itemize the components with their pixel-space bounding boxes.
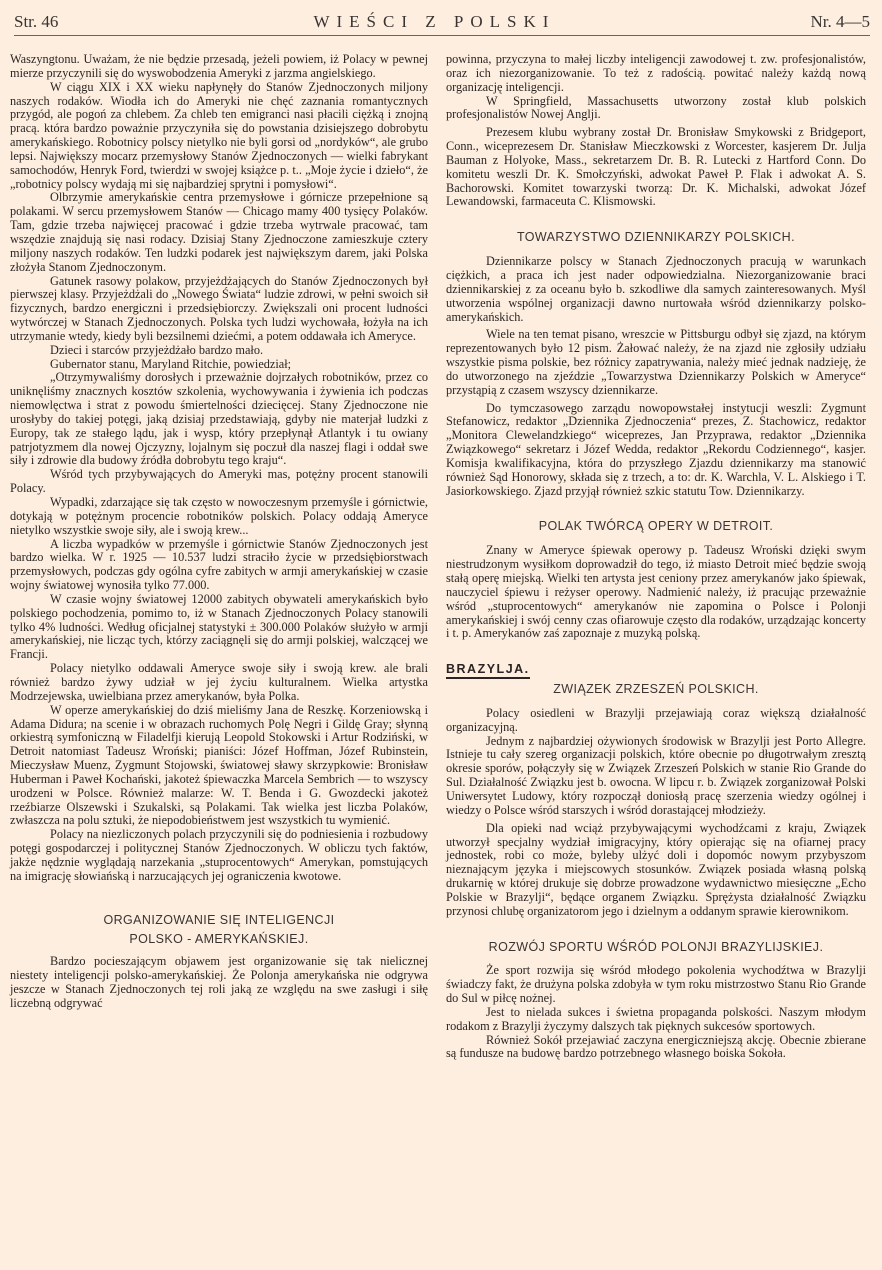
publication-title: WIEŚCI Z POLSKI (313, 12, 555, 32)
paragraph: Jednym z najbardziej ożywionych środowis… (446, 735, 866, 818)
section-heading-organizowanie-line2: POLSKO - AMERYKAŃSKIEJ. (10, 933, 428, 947)
issue-number: Nr. 4—5 (810, 12, 870, 32)
paragraph: Również Sokół przejawiać zaczyna energic… (446, 1034, 866, 1062)
paragraph: Dzieci i starców przyjeżdżało bardzo mał… (10, 344, 428, 358)
paragraph: Wypadki, zdarzające się tak często w now… (10, 496, 428, 538)
paragraph: Do tymczasowego zarządu nowopowstałej in… (446, 402, 866, 499)
paragraph: Że sport rozwija się wśród młodego pokol… (446, 964, 866, 1006)
paragraph: W ciągu XIX i XX wieku napłynęły do Stan… (10, 81, 428, 192)
paragraph: A liczba wypadków w przemyśle i górnictw… (10, 538, 428, 593)
section-heading-polak-tworca: POLAK TWÓRCĄ OPERY W DETROIT. (446, 520, 866, 534)
region-label-brazylja: BRAZYLJA. (446, 663, 530, 679)
paragraph: W czasie wojny światowej 12000 zabitych … (10, 593, 428, 662)
paragraph: Waszyngtonu. Uważam, że nie będzie przes… (10, 53, 428, 81)
paragraph: Znany w Ameryce śpiewak operowy p. Tadeu… (446, 544, 866, 641)
paragraph: Olbrzymie amerykańskie centra przemysłow… (10, 191, 428, 274)
paragraph: Dla opieki nad wciąż przybywającymi wych… (446, 822, 866, 919)
paragraph: Prezesem klubu wybrany został Dr. Bronis… (446, 126, 866, 209)
paragraph: Bardzo pocieszającym objawem jest organi… (10, 955, 428, 1010)
right-column: powinna, przyczyna to małej liczby intel… (446, 53, 866, 1061)
paragraph: Polacy osiedleni w Brazylji przejawiają … (446, 707, 866, 735)
section-heading-zwiazek: ZWIĄZEK ZRZESZEŃ POLSKICH. (446, 683, 866, 697)
spacer (10, 884, 428, 914)
paragraph: Wiele na ten temat pisano, wreszcie w Pi… (446, 328, 866, 397)
spacer (446, 919, 866, 941)
section-heading-sport: ROZWÓJ SPORTU WŚRÓD POLONJI BRAZYLIJSKIE… (446, 941, 866, 955)
page-number: Str. 46 (14, 12, 58, 32)
paragraph: Jest to nielada sukces i świetna propaga… (446, 1006, 866, 1034)
paragraph: W Springfield, Massachusetts utworzony z… (446, 95, 866, 123)
spacer (446, 641, 866, 663)
spacer (446, 498, 866, 520)
header-rule (14, 35, 870, 36)
left-column: Waszyngtonu. Uważam, że nie będzie przes… (10, 53, 428, 1011)
spacer (446, 209, 866, 231)
paragraph: Wśród tych przybywających do Ameryki mas… (10, 468, 428, 496)
section-heading-organizowanie: ORGANIZOWANIE SIĘ INTELIGENCJI (10, 914, 428, 928)
paragraph: W operze amerykańskiej do dziś mieliśmy … (10, 704, 428, 829)
quote-paragraph: „Otrzymywaliśmy dorosłych i przeważnie d… (10, 371, 428, 468)
section-heading-towarzystwo: TOWARZYSTWO DZIENNIKARZY POLSKICH. (446, 231, 866, 245)
paragraph: Gubernator stanu, Maryland Ritchie, powi… (10, 358, 428, 372)
paragraph: Gatunek rasowy polakow, przyjeżdżających… (10, 275, 428, 344)
newspaper-page: Str. 46 WIEŚCI Z POLSKI Nr. 4—5 Waszyngt… (0, 0, 882, 1270)
paragraph: powinna, przyczyna to małej liczby intel… (446, 53, 866, 95)
paragraph: Polacy na niezliczonych polach przyczyni… (10, 828, 428, 883)
paragraph: Polacy nietylko oddawali Ameryce swoje s… (10, 662, 428, 704)
paragraph: Dziennikarze polscy w Stanach Zjednoczon… (446, 255, 866, 324)
page-header: Str. 46 WIEŚCI Z POLSKI Nr. 4—5 (14, 12, 870, 36)
